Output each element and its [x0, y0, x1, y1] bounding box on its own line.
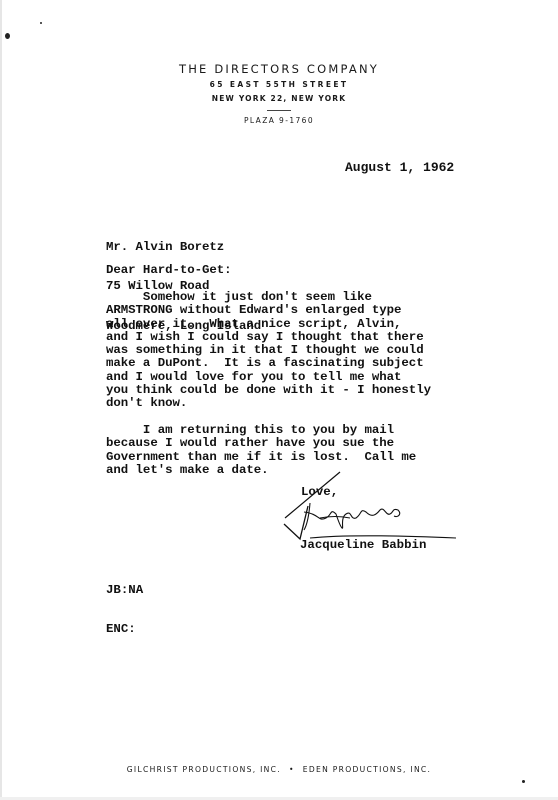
body-line: Government than me if it is lost. Call m… [106, 451, 416, 464]
ink-speck [5, 33, 10, 39]
reference-block: JB:NA ENC: [106, 557, 143, 650]
body-line: and I would love for you to tell me what [106, 371, 431, 384]
reference-initials: JB:NA [106, 584, 143, 597]
signer-name: Jacqueline Babbin [300, 538, 426, 552]
body-line: ARMSTRONG without Edward's enlarged type [106, 304, 431, 317]
enclosure-note: ENC: [106, 623, 143, 636]
company-city: NEW YORK 22, NEW YORK [0, 92, 558, 106]
letterhead: THE DIRECTORS COMPANY 65 EAST 55TH STREE… [0, 60, 558, 127]
body-line: Somehow it just don't seem like [106, 291, 431, 304]
body-line: because I would rather have you sue the [106, 437, 416, 450]
letter-date: August 1, 1962 [345, 160, 454, 175]
company-name: THE DIRECTORS COMPANY [0, 60, 558, 78]
company-street: 65 EAST 55TH STREET [0, 78, 558, 92]
body-line: was something in it that I thought we co… [106, 344, 431, 357]
footer-separator: • [289, 765, 295, 774]
body-line: you think could be done with it - I hone… [106, 384, 431, 397]
letterhead-rule [267, 110, 291, 111]
footer-company-left: GILCHRIST PRODUCTIONS, INC. [127, 765, 281, 774]
body-line: don't know. [106, 397, 431, 410]
ink-speck [40, 22, 42, 24]
body-paragraph-1: Somehow it just don't seem likeARMSTRONG… [106, 291, 431, 411]
body-line: all over it. What a nice script, Alvin, [106, 318, 431, 331]
body-line: and I wish I could say I thought that th… [106, 331, 431, 344]
recipient-name: Mr. Alvin Boretz [106, 241, 261, 254]
ink-speck [522, 780, 525, 783]
body-line: make a DuPont. It is a fascinating subje… [106, 357, 431, 370]
body-line: I am returning this to you by mail [106, 424, 416, 437]
footer-company-right: EDEN PRODUCTIONS, INC. [303, 765, 432, 774]
letterhead-footer: GILCHRIST PRODUCTIONS, INC.•EDEN PRODUCT… [0, 765, 558, 774]
salutation: Dear Hard-to-Get: [106, 264, 232, 277]
company-phone: PLAZA 9-1760 [0, 115, 558, 127]
